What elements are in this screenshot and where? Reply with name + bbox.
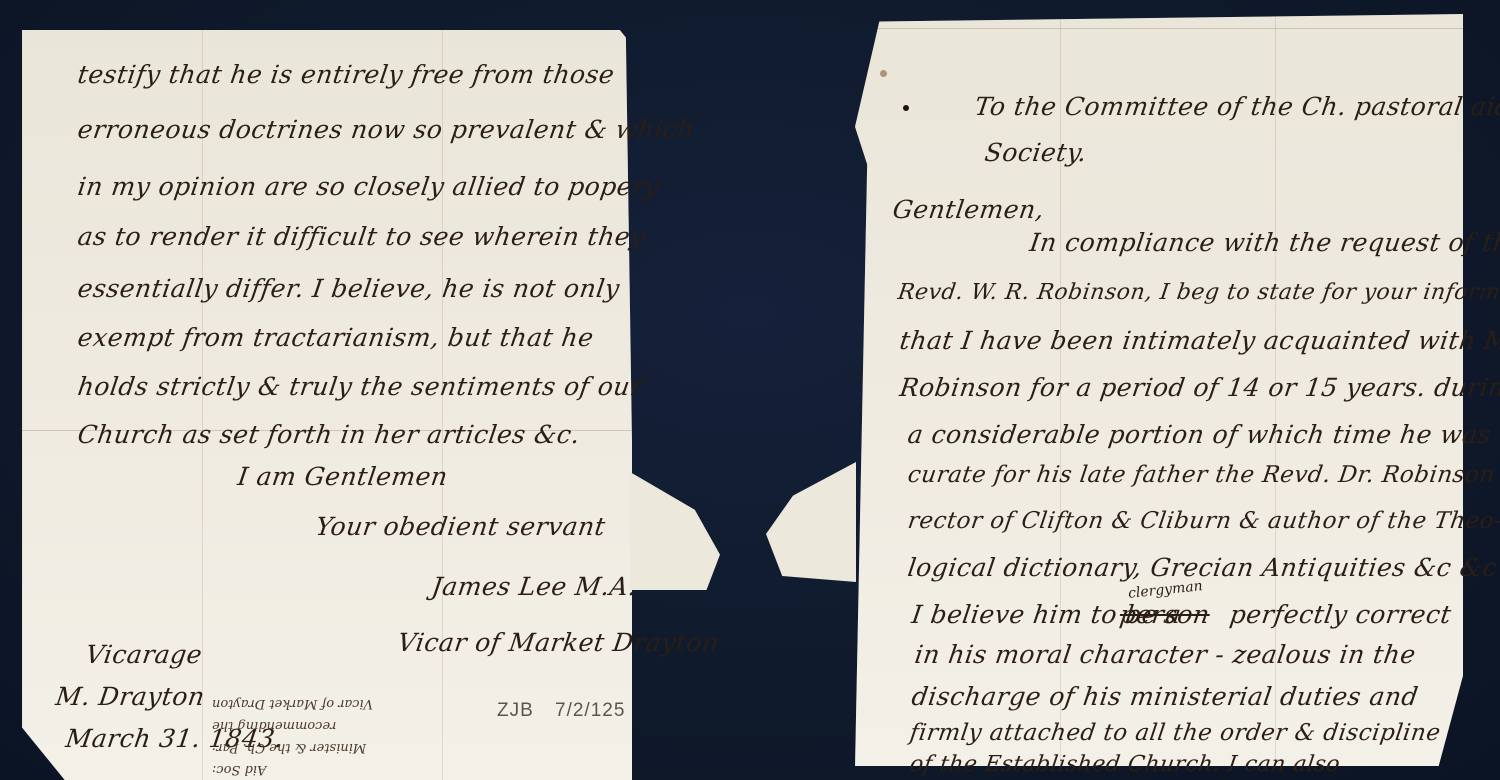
letter-line: a considerable portion of which time he … [906, 420, 1493, 449]
docket-line: Aid Soc: [212, 758, 392, 780]
place-line: M. Drayton [54, 682, 207, 711]
letter-line: of the Established Church. I can also [908, 752, 1342, 777]
letter-line: that I have been intimately acquainted w… [898, 326, 1500, 355]
docket-line: recommending the [212, 714, 392, 736]
letter-line: holds strictly & truly the sentiments of… [76, 372, 645, 401]
letter-line: in my opinion are so closely allied to p… [76, 172, 661, 201]
letter-line: rector of Clifton & Cliburn & author of … [906, 508, 1500, 534]
letter-line: Church as set forth in her articles &c. [76, 420, 582, 449]
salutation: Gentlemen, [891, 195, 1046, 224]
letter-line: discharge of his ministerial duties and [910, 682, 1420, 711]
letter-line: Robinson for a period of 14 or 15 years.… [898, 373, 1500, 402]
letter-line: exempt from tractarianism, but that he [76, 323, 596, 352]
letter-line: firmly attached to all the order & disci… [908, 720, 1442, 746]
ink-stain [903, 105, 909, 111]
letter-line: essentially differ. I believe, he is not… [76, 274, 622, 303]
address-line: To the Committee of the Ch. pastoral aid [973, 92, 1500, 121]
archive-number: 7/2/125 [555, 700, 625, 722]
letter-line: testify that he is entirely free from th… [76, 60, 616, 89]
address-line: Society. [983, 138, 1089, 167]
docket-line: Vicar of Market Drayton [212, 692, 392, 714]
fold-crease [855, 28, 1463, 29]
letter-line: curate for his late father the Revd. Dr.… [906, 462, 1496, 488]
letter-line: as to render it difficult to see wherein… [76, 222, 647, 251]
closing-line: Your obedient servant [314, 512, 607, 541]
letter-line: In compliance with the request of the [1028, 228, 1500, 257]
letter-line: erroneous doctrines now so prevalent & w… [76, 115, 696, 144]
letter-line: Revd. W. R. Robinson, I beg to state for… [896, 280, 1500, 305]
struck-word: person [1118, 600, 1212, 629]
letter-line: perfectly correct [1228, 600, 1453, 629]
place-line: Vicarage [84, 640, 204, 669]
ink-stain [880, 70, 887, 77]
letter-line: in his moral character - zealous in the [913, 640, 1418, 669]
letter-line: logical dictionary, Grecian Antiquities … [906, 553, 1499, 582]
signature: James Lee M.A. [430, 572, 639, 601]
upside-down-docket-note: Aid Soc: Minister & the Ch. Par: recomme… [212, 650, 392, 780]
signer-title: Vicar of Market Drayton [396, 628, 721, 657]
docket-line: Minister & the Ch. Par: [212, 736, 392, 758]
archive-initials: ZJB [497, 700, 534, 722]
closing-line: I am Gentlemen [236, 462, 450, 491]
